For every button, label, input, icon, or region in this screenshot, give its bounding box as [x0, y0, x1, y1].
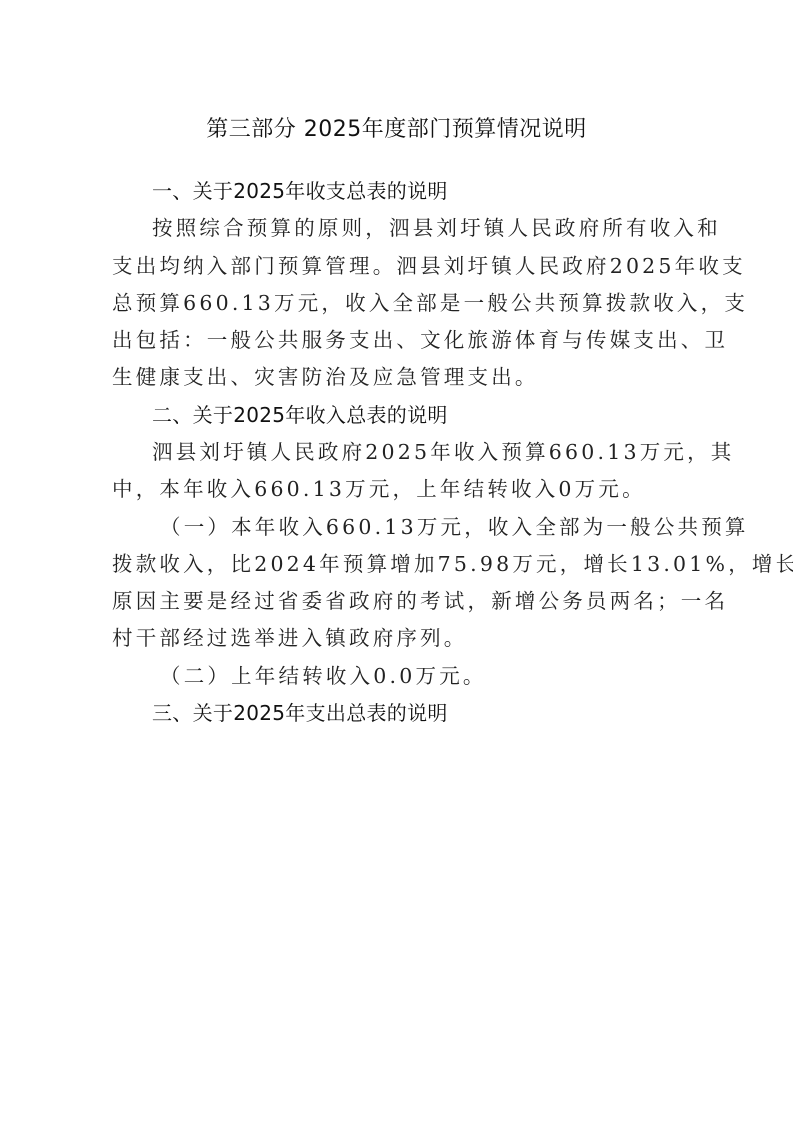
paragraph-line: 中，本年收入660.13万元，上年结转收入0万元。 [112, 476, 646, 502]
paragraph-line: 泗县刘圩镇人民政府2025年收入预算660.13万元，其 [152, 439, 735, 465]
paragraph-line: 原因主要是经过省委省政府的考试，新增公务员两名；一名 [112, 588, 728, 614]
document-page: 第三部分 2025年度部门预算情况说明 一、关于2025年收支总表的说明 按照综… [0, 0, 793, 1122]
paragraph-line: （二）上年结转收入0.0万元。 [160, 663, 487, 689]
page-title: 第三部分 2025年度部门预算情况说明 [0, 112, 793, 143]
paragraph-line: 支出均纳入部门预算管理。泗县刘圩镇人民政府2025年收支 [112, 253, 746, 279]
paragraph-line: （一）本年收入660.13万元，收入全部为一般公共预算 [160, 514, 749, 540]
paragraph-line: 按照综合预算的原则，泗县刘圩镇人民政府所有收入和 [152, 215, 721, 241]
section-heading-1: 一、关于2025年收支总表的说明 [152, 178, 448, 204]
paragraph-line: 村干部经过选举进入镇政府序列。 [112, 625, 468, 651]
paragraph-line: 出包括：一般公共服务支出、文化旅游体育与传媒支出、卫 [112, 327, 728, 353]
paragraph-line: 总预算660.13万元，收入全部是一般公共预算拨款收入，支 [112, 290, 748, 316]
paragraph-line: 拨款收入，比2024年预算增加75.98万元，增长13.01%，增长 [112, 551, 793, 577]
section-heading-2: 二、关于2025年收入总表的说明 [152, 402, 448, 428]
paragraph-line: 生健康支出、灾害防治及应急管理支出。 [112, 364, 539, 390]
section-heading-3: 三、关于2025年支出总表的说明 [152, 700, 448, 726]
